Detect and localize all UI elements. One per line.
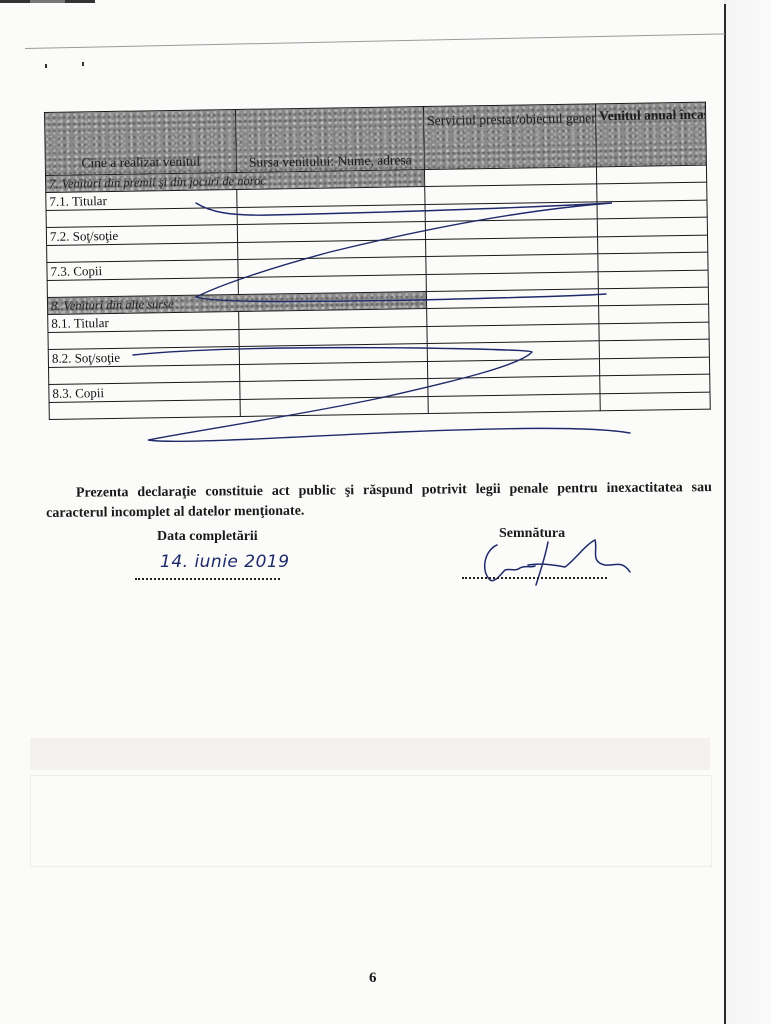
header-service: Serviciul prestat/obiectul generator de … [423,104,596,170]
declaration-statement: Prezenta declaraţie constituie act publi… [46,478,712,524]
income-cell[interactable] [597,217,707,237]
empty-cell [596,165,706,184]
empty-cell [240,397,428,417]
income-cell[interactable] [598,252,708,272]
income-cell[interactable] [597,182,707,202]
page-number: 6 [369,970,377,987]
background-strip [726,0,771,1024]
mark [45,64,47,68]
header-income: Venitul anual încasat [595,102,706,167]
declaration-text: Prezenta declaraţie constituie act publi… [46,480,712,521]
income-table: Cine a realizat venitul Sursa venitului:… [44,102,711,420]
empty-cell [49,399,240,419]
header-source: Sursa venitului: Nume, adresa [235,107,424,173]
mark [82,62,84,66]
empty-cell [598,270,708,289]
empty-cell [599,357,709,376]
income-cell[interactable] [599,339,709,359]
empty-cell [597,200,707,219]
bleed-through [30,738,710,770]
income-cell[interactable] [599,304,709,324]
empty-cell [600,392,710,411]
income-cell[interactable] [600,374,710,394]
empty-cell [599,322,709,341]
signature-label: Semnătura [499,526,565,542]
empty-cell [428,394,600,414]
table-header-row: Cine a realizat venitul Sursa venitului:… [45,102,707,175]
signature-field[interactable] [462,557,607,579]
scan-artifact [30,0,65,3]
bleed-through [240,600,243,614]
empty-cell [598,287,708,306]
date-value: 14. iunie 2019 [160,552,290,572]
header-who: Cine a realizat venitul [45,109,237,175]
income-table-container: Cine a realizat venitul Sursa venitului:… [44,102,710,420]
bleed-through [30,775,712,867]
empty-cell [598,235,708,254]
date-label: Data completării [157,529,258,545]
